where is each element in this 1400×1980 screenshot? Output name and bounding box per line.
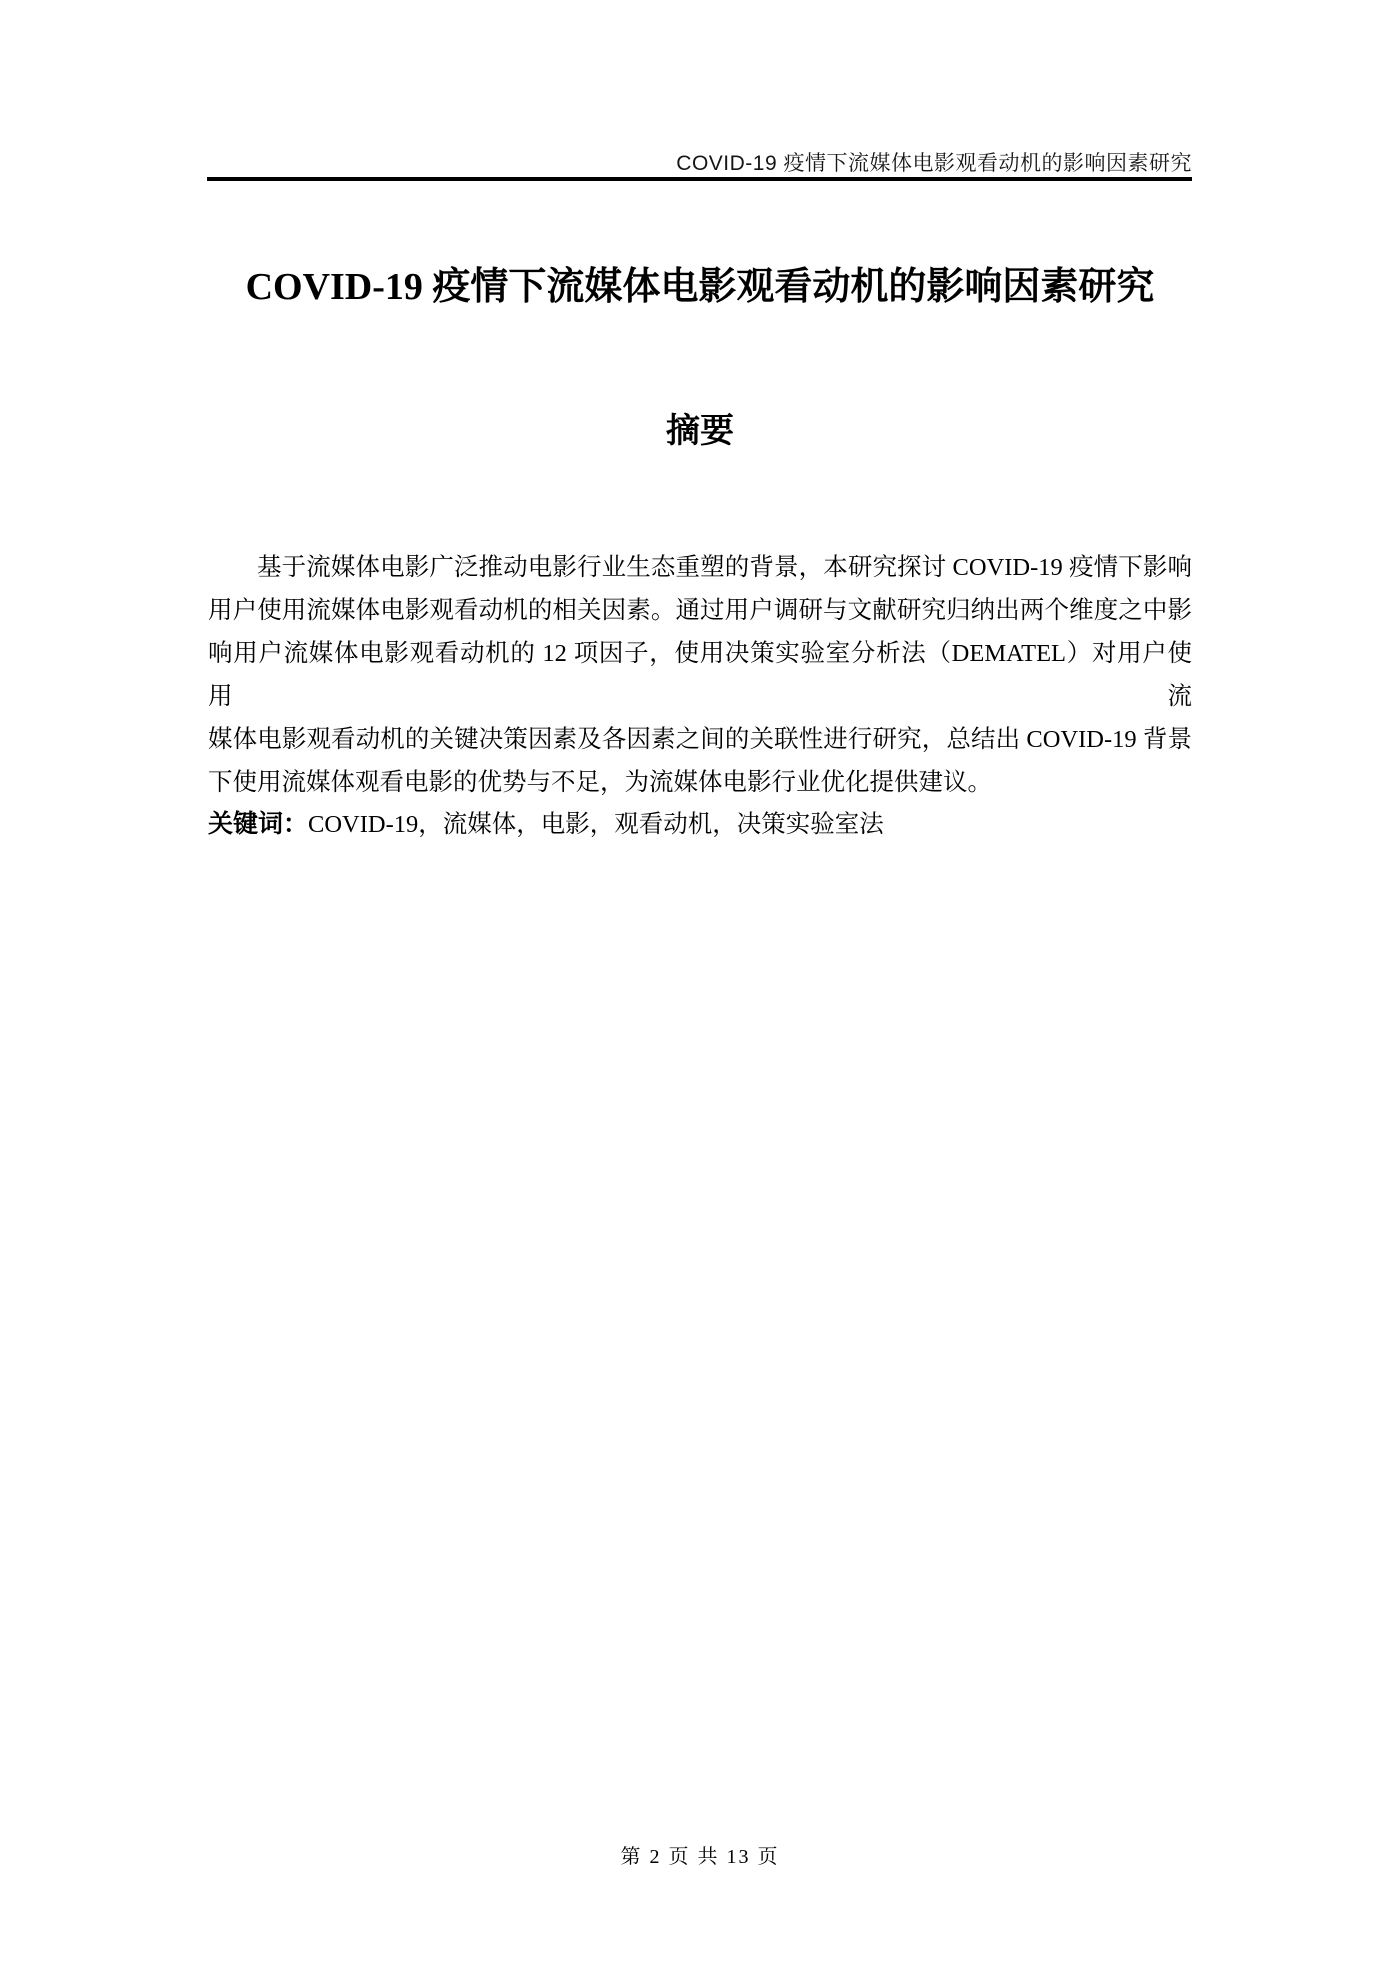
document-page: COVID-19 疫情下流媒体电影观看动机的影响因素研究 COVID-19 疫情… bbox=[0, 0, 1400, 1980]
keywords-label: 关键词： bbox=[208, 810, 308, 838]
document-title: COVID-19 疫情下流媒体电影观看动机的影响因素研究 bbox=[100, 263, 1300, 311]
keywords-value: COVID-19，流媒体，电影，观看动机，决策实验室法 bbox=[308, 811, 884, 838]
abstract-line-3: 响用户流媒体电影观看动机的 12 项因子，使用决策实验室分析法（DEMATEL）… bbox=[208, 632, 1192, 718]
abstract-line-5: 下使用流媒体观看电影的优势与不足，为流媒体电影行业优化提供建议。 bbox=[208, 761, 1192, 804]
abstract-line-4: 媒体电影观看动机的关键决策因素及各因素之间的关联性进行研究，总结出 COVID-… bbox=[208, 718, 1192, 761]
abstract-heading: 摘要 bbox=[0, 410, 1400, 454]
abstract-paragraph: 基于流媒体电影广泛推动电影行业生态重塑的背景，本研究探讨 COVID-19 疫情… bbox=[208, 546, 1192, 804]
header-divider bbox=[207, 177, 1192, 181]
page-number-indicator: 第 2 页 共 13 页 bbox=[621, 1846, 780, 1868]
abstract-line-2: 用户使用流媒体电影观看动机的相关因素。通过用户调研与文献研究归纳出两个维度之中影 bbox=[208, 589, 1192, 632]
running-head: COVID-19 疫情下流媒体电影观看动机的影响因素研究 bbox=[208, 147, 1192, 177]
page-footer: 第 2 页 共 13 页 bbox=[0, 1840, 1400, 1869]
keywords-line: 关键词：COVID-19，流媒体，电影，观看动机，决策实验室法 bbox=[208, 806, 1192, 846]
abstract-line-1: 基于流媒体电影广泛推动电影行业生态重塑的背景，本研究探讨 COVID-19 疫情… bbox=[208, 546, 1192, 589]
